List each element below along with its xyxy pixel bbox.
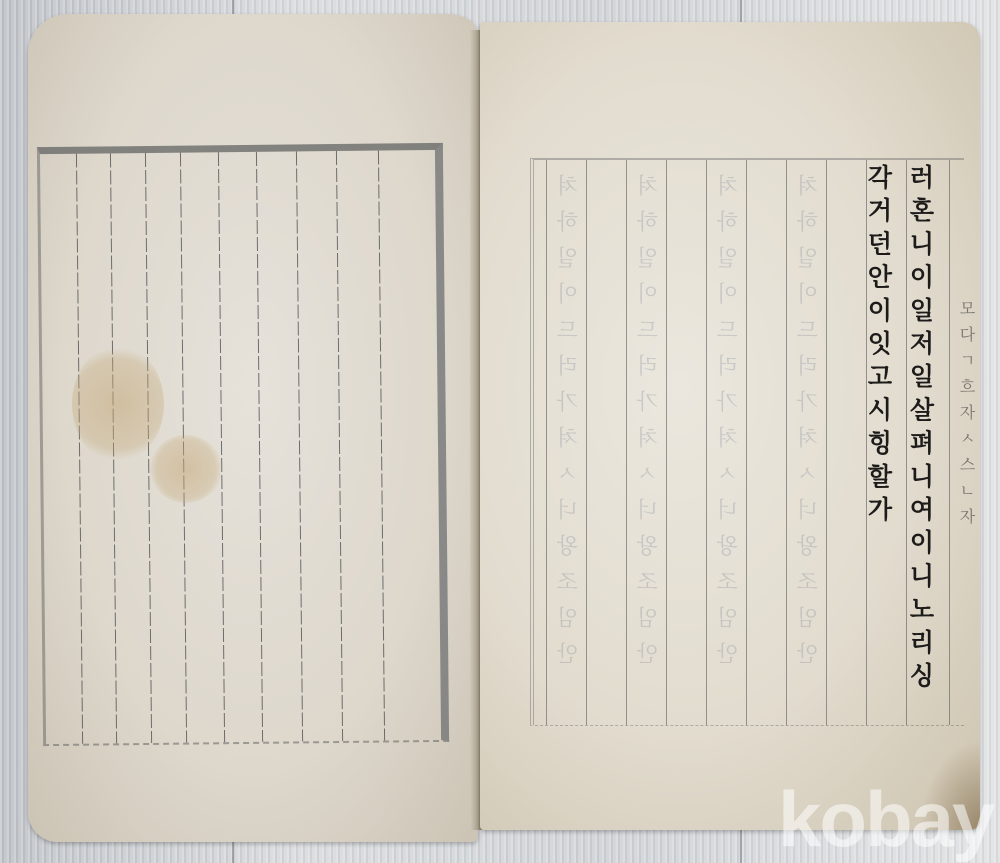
- handwritten-column-1: 러혼니이일저일살펴니여이니노리싱: [908, 164, 933, 695]
- show-through-text: 쳐하일이드러가쳐ㅅ너왕조임안: [794, 174, 828, 678]
- watermark-logo: kobay: [778, 780, 993, 858]
- bleed-through-text: 모다ㄱ흐자ㅅ스ㄴ자: [955, 300, 978, 534]
- show-through-text: 쳐하일이드러가쳐ㅅ너왕조임안: [554, 174, 588, 678]
- show-through-text: 쳐하일이드러가쳐ㅅ너왕조임안: [634, 174, 668, 678]
- water-stain: [72, 345, 164, 463]
- water-stain: [150, 435, 222, 503]
- right-page-frame: 쳐하일이드러가쳐ㅅ너왕조임안 쳐하일이드러가쳐ㅅ너왕조임안 쳐하일이드러가쳐ㅅ너…: [530, 158, 964, 726]
- show-through-text: 쳐하일이드러가쳐ㅅ너왕조임안: [714, 174, 748, 678]
- handwritten-column-2: 각거던안이잇고시힝할가: [866, 164, 891, 529]
